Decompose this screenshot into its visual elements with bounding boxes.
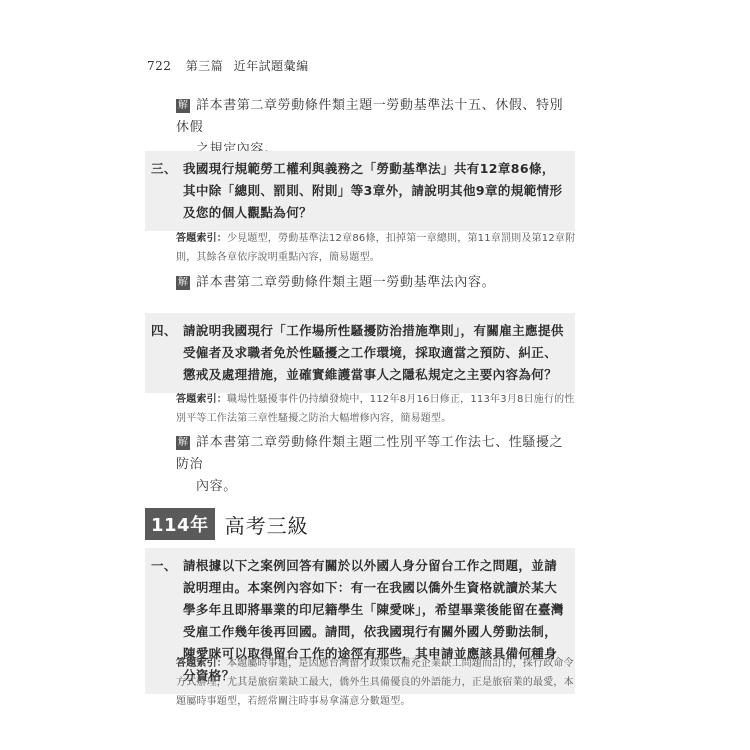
part-label: 第三篇 bbox=[186, 59, 224, 73]
question-text: 請說明我國現行「工作場所性騷擾防治措施準則」，有關雇主應提供受僱者及求職者免於性… bbox=[183, 320, 567, 386]
answer-badge-icon: 解 bbox=[176, 276, 190, 290]
answer-text: 詳本書第二章勞動條件類主題二性別平等工作法七、性騷擾之防治 bbox=[176, 435, 563, 472]
hint-label: 答題索引： bbox=[176, 394, 227, 405]
answer-text: 詳本書第二章勞動條件類主題一勞動基準法十五、休假、特別休假 bbox=[176, 98, 563, 135]
page-header: 722 第三篇 近年試題彙編 bbox=[147, 57, 309, 74]
section-exam-title: 高考三級 bbox=[225, 510, 309, 539]
question-text: 我國現行規範勞工權利與義務之「勞動基準法」共有12章86條，其中除「總則、罰則、… bbox=[183, 158, 567, 224]
hint-1: 答題索引：本題屬時事題，是因應台灣留才政策以補充企業缺工問題而訂的，採行政命令方… bbox=[176, 654, 576, 711]
question-box-3: 三、 我國現行規範勞工權利與義務之「勞動基準法」共有12章86條，其中除「總則、… bbox=[145, 151, 575, 231]
answer-text-cont: 內容。 bbox=[176, 476, 576, 498]
hint-label: 答題索引： bbox=[176, 233, 227, 244]
hint-3: 答題索引：少見題型，勞動基準法12章86條，扣掉第一章總則，第11章罰則及第12… bbox=[176, 229, 576, 267]
section-heading: 114年 高考三級 bbox=[145, 508, 309, 540]
answer-3: 解詳本書第二章勞動條件類主題一勞動基準法內容。 bbox=[176, 272, 576, 294]
hint-text: 少見題型，勞動基準法12章86條，扣掉第一章總則，第11章罰則及第12章附則，其… bbox=[176, 233, 575, 263]
answer-text: 詳本書第二章勞動條件類主題一勞動基準法內容。 bbox=[196, 275, 495, 290]
hint-4: 答題索引：職場性騷擾事件仍持續發燒中，112年8月16日修正，113年3月8日施… bbox=[176, 390, 576, 428]
hint-label: 答題索引： bbox=[176, 658, 227, 669]
part-title: 近年試題彙編 bbox=[234, 59, 309, 73]
question-box-4: 四、 請說明我國現行「工作場所性騷擾防治措施準則」，有關雇主應提供受僱者及求職者… bbox=[145, 313, 575, 393]
answer-badge-icon: 解 bbox=[176, 99, 190, 113]
question-number: 四、 bbox=[151, 320, 183, 386]
hint-text: 職場性騷擾事件仍持續發燒中，112年8月16日修正，113年3月8日施行的性別平… bbox=[176, 394, 575, 424]
section-year-badge: 114年 bbox=[145, 508, 215, 540]
answer-4: 解詳本書第二章勞動條件類主題二性別平等工作法七、性騷擾之防治 內容。 bbox=[176, 432, 576, 498]
answer-badge-icon: 解 bbox=[176, 436, 190, 450]
question-number: 三、 bbox=[151, 158, 183, 224]
page-number: 722 bbox=[147, 59, 171, 73]
hint-text: 本題屬時事題，是因應台灣留才政策以補充企業缺工問題而訂的，採行政命令方式辦理，尤… bbox=[176, 658, 574, 707]
